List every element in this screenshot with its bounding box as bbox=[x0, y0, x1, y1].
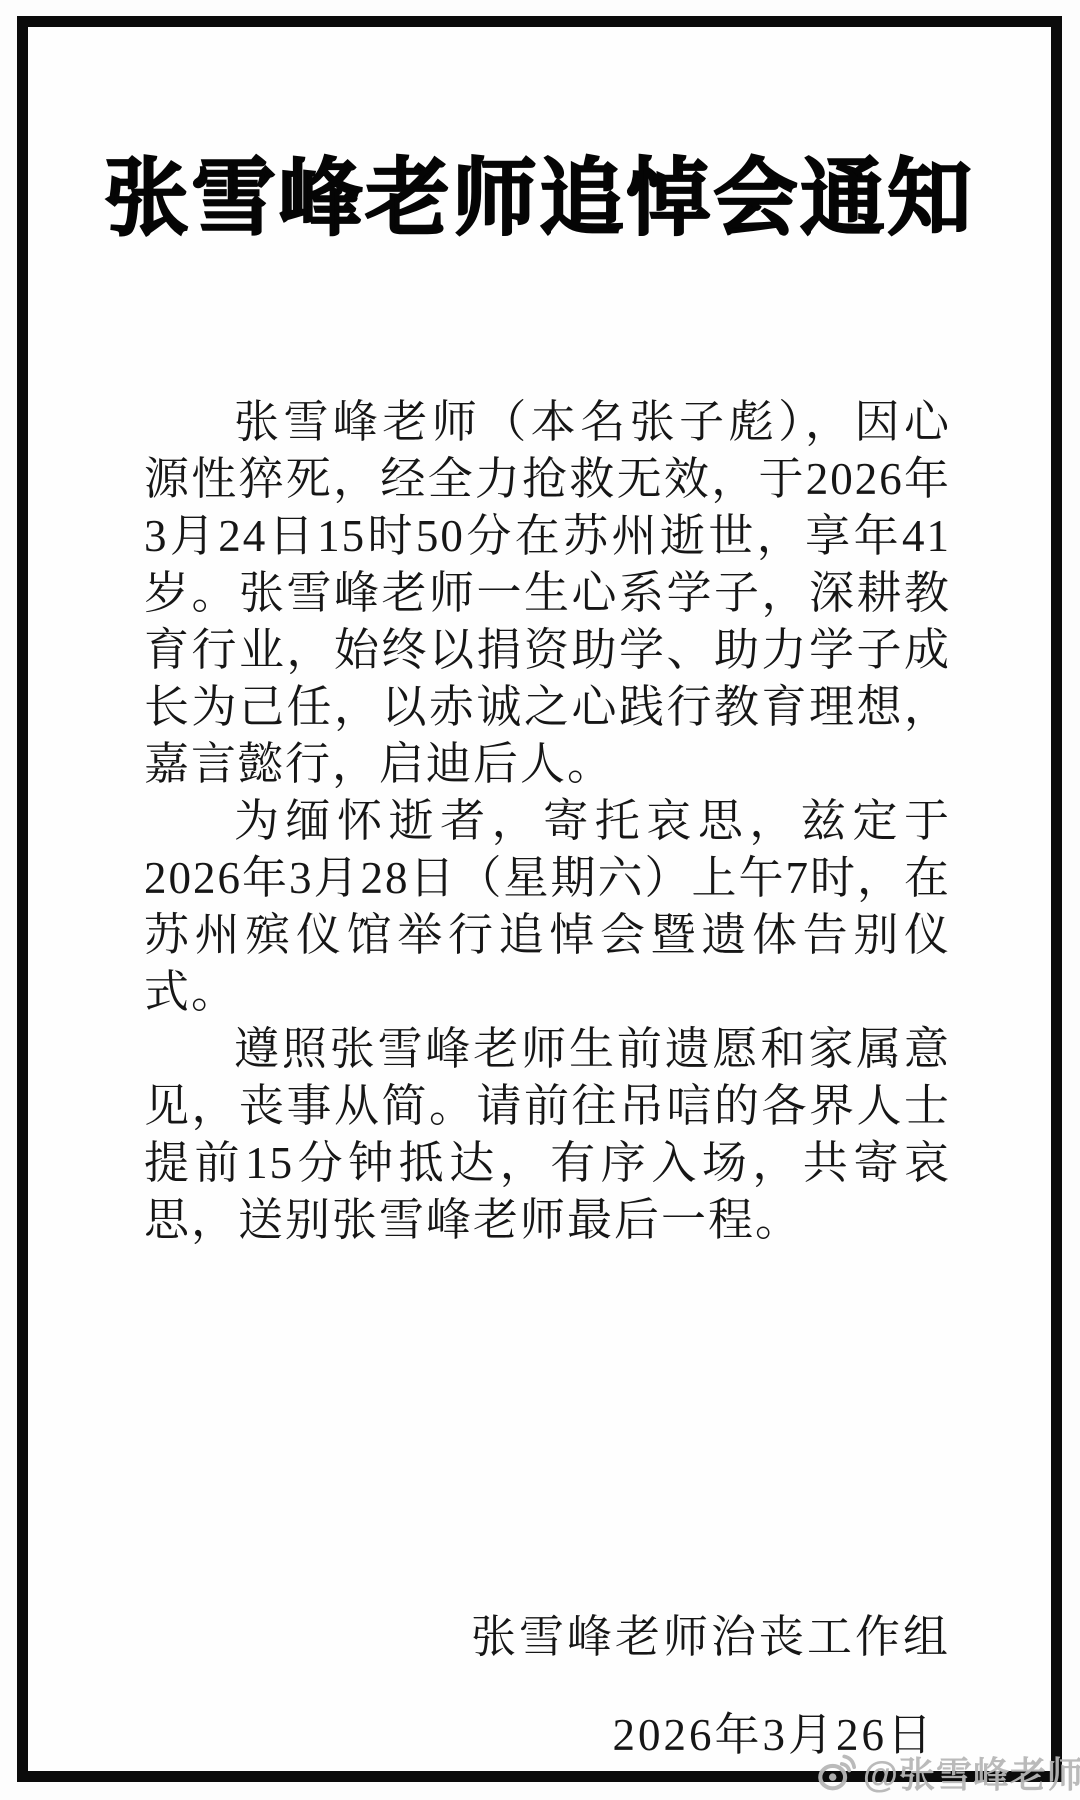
notice-body: 张雪峰老师（本名张子彪），因心源性猝死，经全力抢救无效，于2026年3月24日1… bbox=[28, 394, 1051, 1249]
signature-organization: 张雪峰老师治丧工作组 bbox=[28, 1609, 951, 1666]
paragraph-obituary: 张雪峰老师（本名张子彪），因心源性猝死，经全力抢救无效，于2026年3月24日1… bbox=[144, 394, 951, 793]
page-title: 张雪峰老师追悼会通知 bbox=[48, 154, 1031, 242]
signature-block: 张雪峰老师治丧工作组 2026年3月26日 bbox=[28, 1609, 1051, 1764]
paragraph-ceremony-arrangement: 为缅怀逝者，寄托哀思，兹定于2026年3月28日（星期六）上午7时，在苏州殡仪馆… bbox=[144, 793, 951, 1021]
paragraph-attendance-guidance: 遵照张雪峰老师生前遗愿和家属意见，丧事从简。请前往吊唁的各界人士提前15分钟抵达… bbox=[144, 1021, 951, 1249]
watermark-handle: @张雪峰老师 bbox=[863, 1747, 1080, 1798]
watermark: @张雪峰老师 bbox=[816, 1747, 1080, 1798]
memorial-notice-page: 张雪峰老师追悼会通知 张雪峰老师（本名张子彪），因心源性猝死，经全力抢救无效，于… bbox=[0, 0, 1080, 1800]
signature-date: 2026年3月26日 bbox=[28, 1707, 935, 1764]
page-border-frame: 张雪峰老师追悼会通知 张雪峰老师（本名张子彪），因心源性猝死，经全力抢救无效，于… bbox=[17, 16, 1062, 1782]
weibo-icon bbox=[816, 1754, 856, 1792]
